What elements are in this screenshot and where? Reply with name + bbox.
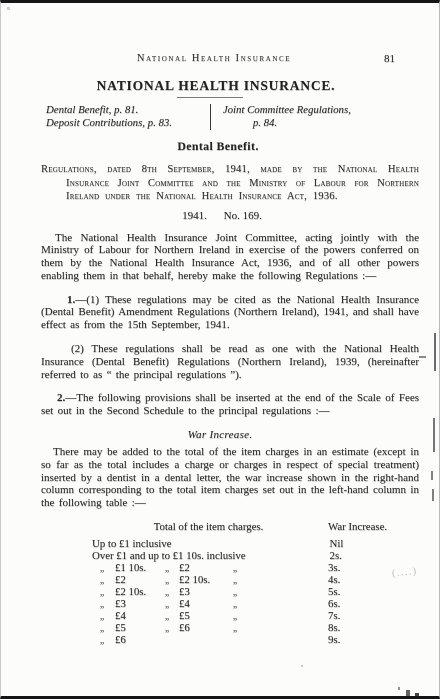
running-header: National Health Insurance 81 bbox=[41, 53, 419, 66]
table-row: „£1 10s.„£2„3s. bbox=[89, 562, 419, 574]
war-increase-cell: 9s. bbox=[328, 634, 418, 646]
scan-speck bbox=[415, 693, 419, 699]
table-row: „£3„£4„6s. bbox=[89, 598, 419, 610]
scan-speck bbox=[433, 418, 435, 452]
references-left-column: Dental Benefit, p. 81. Deposit Contribut… bbox=[41, 104, 210, 130]
fees-table: Total of the item charges. War Increase.… bbox=[89, 521, 419, 646]
regulation-2-text: —The following provisions shall be inser… bbox=[41, 392, 419, 417]
regulation-2-number: 2. bbox=[57, 392, 65, 404]
table-row: „£2„£2 10s.„4s. bbox=[89, 574, 419, 586]
reference-entry: Dental Benefit, p. 81. bbox=[46, 104, 210, 117]
page-content: National Health Insurance 81 NATIONAL HE… bbox=[1, 53, 439, 646]
pencil-mark-artifact: (....) bbox=[392, 566, 419, 579]
table-row: „£4„£5„7s. bbox=[89, 610, 419, 622]
section-heading: Dental Benefit. bbox=[29, 139, 407, 154]
regulation-1-paragraph: 1.—(1) These regulations may be cited as… bbox=[41, 294, 419, 332]
table-row: „£69s. bbox=[89, 634, 419, 646]
war-increase-heading: War Increase. bbox=[31, 429, 409, 441]
document-title: NATIONAL HEALTH INSURANCE. bbox=[27, 78, 405, 94]
scan-speck bbox=[434, 333, 436, 371]
table-row: Up to £1 inclusiveNil bbox=[89, 538, 419, 550]
citation-year: 1941. bbox=[182, 210, 207, 222]
regulation-1-number: 1. bbox=[67, 294, 75, 306]
charge-range-cell: „£6 bbox=[89, 634, 328, 646]
charge-range-cell: Up to £1 inclusive bbox=[89, 538, 330, 550]
scan-speck bbox=[301, 665, 303, 667]
scan-speck bbox=[398, 687, 400, 690]
scan-speck bbox=[406, 690, 410, 696]
charge-range-cell: „£1 10s.„£2„ bbox=[89, 562, 328, 574]
column-header-increase: War Increase. bbox=[328, 521, 418, 533]
table-row: Over £1 and up to £1 10s. inclusive2s. bbox=[89, 550, 419, 562]
war-increase-cell: Nil bbox=[330, 538, 419, 550]
war-increase-cell: 8s. bbox=[328, 622, 418, 634]
war-increase-cell: 5s. bbox=[328, 586, 418, 598]
running-header-title: National Health Insurance bbox=[25, 53, 403, 64]
citation-line: 1941. No. 169. bbox=[33, 210, 411, 222]
charge-range-cell: „£2 10s.„£3„ bbox=[89, 586, 328, 598]
fees-table-header: Total of the item charges. War Increase. bbox=[89, 521, 419, 533]
regulation-1-text: —(1) These regulations may be cited as t… bbox=[41, 294, 419, 332]
reference-entry: Deposit Contributions, p. 83. bbox=[46, 117, 210, 130]
title-underline-rule bbox=[177, 97, 243, 98]
regulation-2-paragraph: 2.—The following provisions shall be ins… bbox=[41, 392, 419, 418]
references-right-column: Joint Committee Regulations, p. 84. bbox=[210, 104, 419, 130]
charge-range-cell: „£4„£5„ bbox=[89, 610, 328, 622]
reference-entry: Joint Committee Regulations, bbox=[223, 104, 419, 117]
table-intro-paragraph: There may be added to the total of the i… bbox=[41, 446, 419, 510]
fees-table-rows: Up to £1 inclusiveNilOver £1 and up to £… bbox=[89, 538, 419, 646]
war-increase-cell: 6s. bbox=[328, 598, 418, 610]
charge-range-cell: „£2„£2 10s.„ bbox=[89, 574, 328, 586]
war-increase-cell: 7s. bbox=[328, 610, 418, 622]
preamble-paragraph: The National Health Insurance Joint Comm… bbox=[41, 232, 419, 283]
page-number: 81 bbox=[384, 53, 395, 65]
war-increase-cell: 2s. bbox=[330, 550, 419, 562]
column-header-charges: Total of the item charges. bbox=[89, 521, 328, 533]
charge-range-cell: „£3„£4„ bbox=[89, 598, 328, 610]
charge-range-cell: Over £1 and up to £1 10s. inclusive bbox=[89, 550, 330, 562]
reference-entry: p. 84. bbox=[223, 117, 419, 130]
scanned-document-page: National Health Insurance 81 NATIONAL HE… bbox=[0, 0, 440, 699]
scan-speck bbox=[7, 7, 10, 10]
scan-speck bbox=[431, 471, 433, 480]
scan-speck bbox=[419, 356, 426, 358]
regulation-1-sub2-paragraph: (2) These regulations shall be read as o… bbox=[41, 343, 419, 381]
regulation-caption: Regulations, dated 8th September, 1941, … bbox=[41, 163, 419, 204]
table-row: „£2 10s.„£3„5s. bbox=[89, 586, 419, 598]
citation-number: No. 169. bbox=[224, 210, 262, 222]
charge-range-cell: „£5„£6„ bbox=[89, 622, 328, 634]
marginal-references: Dental Benefit, p. 81. Deposit Contribut… bbox=[41, 104, 419, 130]
scan-speck bbox=[432, 489, 434, 501]
table-row: „£5„£6„8s. bbox=[89, 622, 419, 634]
